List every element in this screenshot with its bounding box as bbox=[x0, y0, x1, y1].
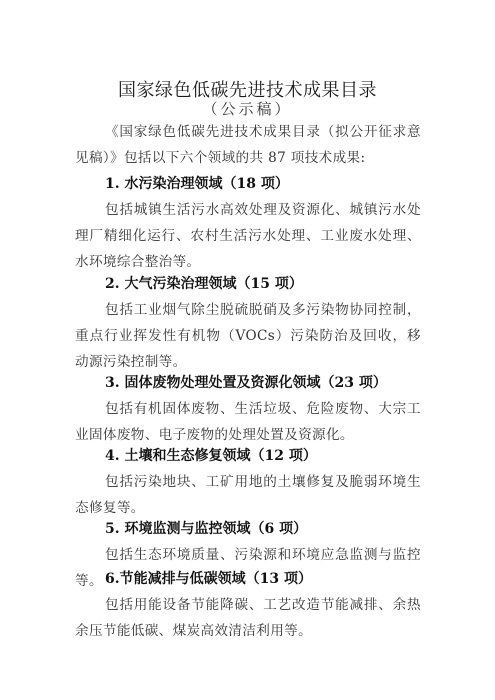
section-heading-monitoring: 5. 环境监测与监控领域（6 项） bbox=[105, 517, 307, 543]
section-body-air: 包括工业烟气除尘脱硫脱硝及多污染物协同控制，重点行业挥发性有机物（VOCs）污染… bbox=[75, 298, 421, 375]
section-heading-solid-waste: 3. 固体废物处理处置及资源化领域（23 项） bbox=[105, 371, 387, 397]
document-subtitle: （公示稿） bbox=[0, 98, 495, 119]
intro-paragraph: 《国家绿色低碳先进技术成果目录（拟公开征求意见稿）》包括以下六个领域的共 87 … bbox=[75, 120, 421, 172]
section-body-water: 包括城镇生活污水高效处理及资源化、城镇污水处理厂精细化运行、农村生活污水处理、工… bbox=[75, 198, 421, 275]
section-heading-water: 1. 水污染治理领域（18 项） bbox=[105, 172, 289, 198]
section-body-energy: 包括用能设备节能降碳、工艺改造节能减排、余热余压节能低碳、煤炭高效清洁利用等。 bbox=[75, 593, 421, 645]
section-heading-soil: 4. 土壤和生态修复领域（12 项） bbox=[105, 444, 317, 470]
section-heading-air: 2. 大气污染治理领域（15 项） bbox=[105, 272, 303, 298]
section-body-soil: 包括污染地块、工矿用地的土壤修复及脆弱环境生态修复等。 bbox=[75, 470, 421, 522]
section-body-solid-waste: 包括有机固体废物、生活垃圾、危险废物、大宗工业固体废物、电子废物的处理处置及资源… bbox=[75, 397, 421, 449]
section-heading-energy: 6.节能减排与低碳领域（13 项） bbox=[105, 567, 312, 593]
